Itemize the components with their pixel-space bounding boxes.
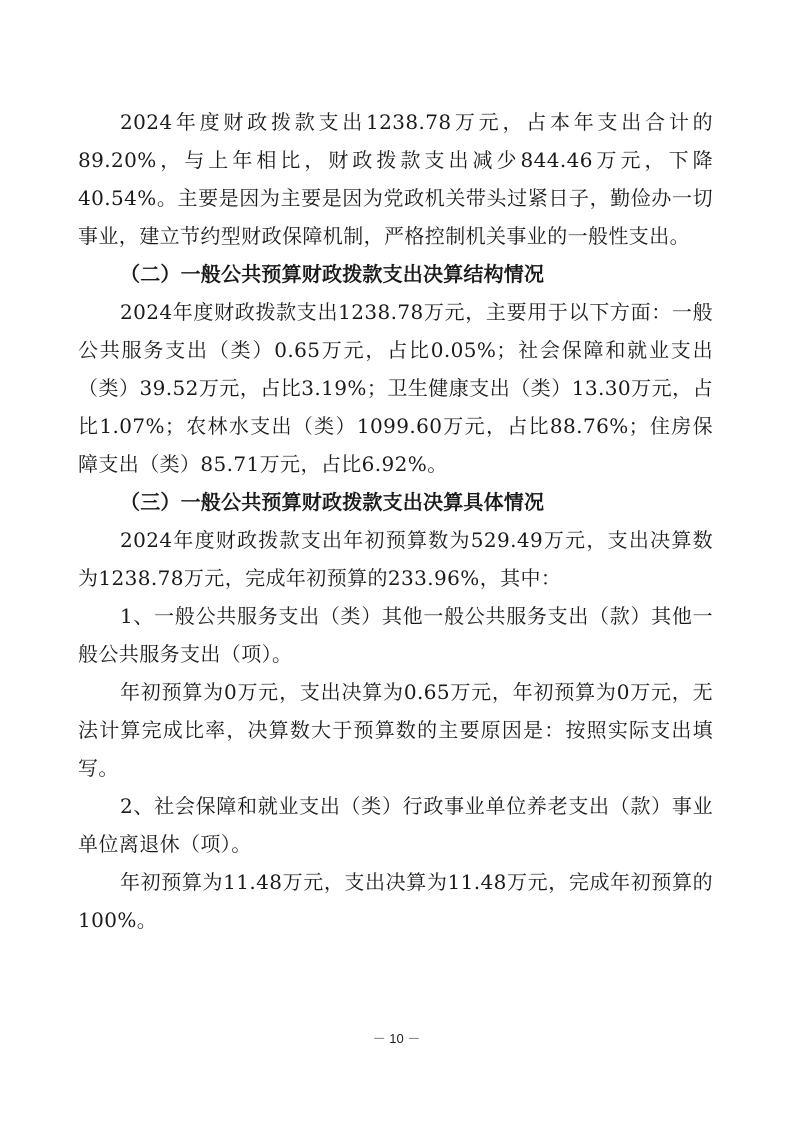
heading-structure: （二）一般公共预算财政拨款支出决算结构情况	[78, 255, 713, 293]
paragraph-item-1-detail: 年初预算为0万元，支出决算为0.65万元，年初预算为0万元，无法计算完成比率，决…	[78, 673, 713, 787]
paragraph-item-2-detail: 年初预算为11.48万元，支出决算为11.48万元，完成年初预算的100%。	[78, 863, 713, 939]
paragraph-expenditure-summary: 2024年度财政拨款支出1238.78万元，占本年支出合计的89.20%，与上年…	[78, 103, 713, 255]
paragraph-item-1-title: 1、一般公共服务支出（类）其他一般公共服务支出（款）其他一般公共服务支出（项）。	[78, 597, 713, 673]
paragraph-structure-details: 2024年度财政拨款支出1238.78万元，主要用于以下方面：一般公共服务支出（…	[78, 293, 713, 483]
paragraph-budget-overview: 2024年度财政拨款支出年初预算数为529.49万元，支出决算数为1238.78…	[78, 521, 713, 597]
heading-specifics: （三）一般公共预算财政拨款支出决算具体情况	[78, 483, 713, 521]
page-number: － 10 －	[0, 1028, 793, 1047]
document-body: 2024年度财政拨款支出1238.78万元，占本年支出合计的89.20%，与上年…	[78, 103, 713, 939]
paragraph-item-2-title: 2、社会保障和就业支出（类）行政事业单位养老支出（款）事业单位离退休（项）。	[78, 787, 713, 863]
